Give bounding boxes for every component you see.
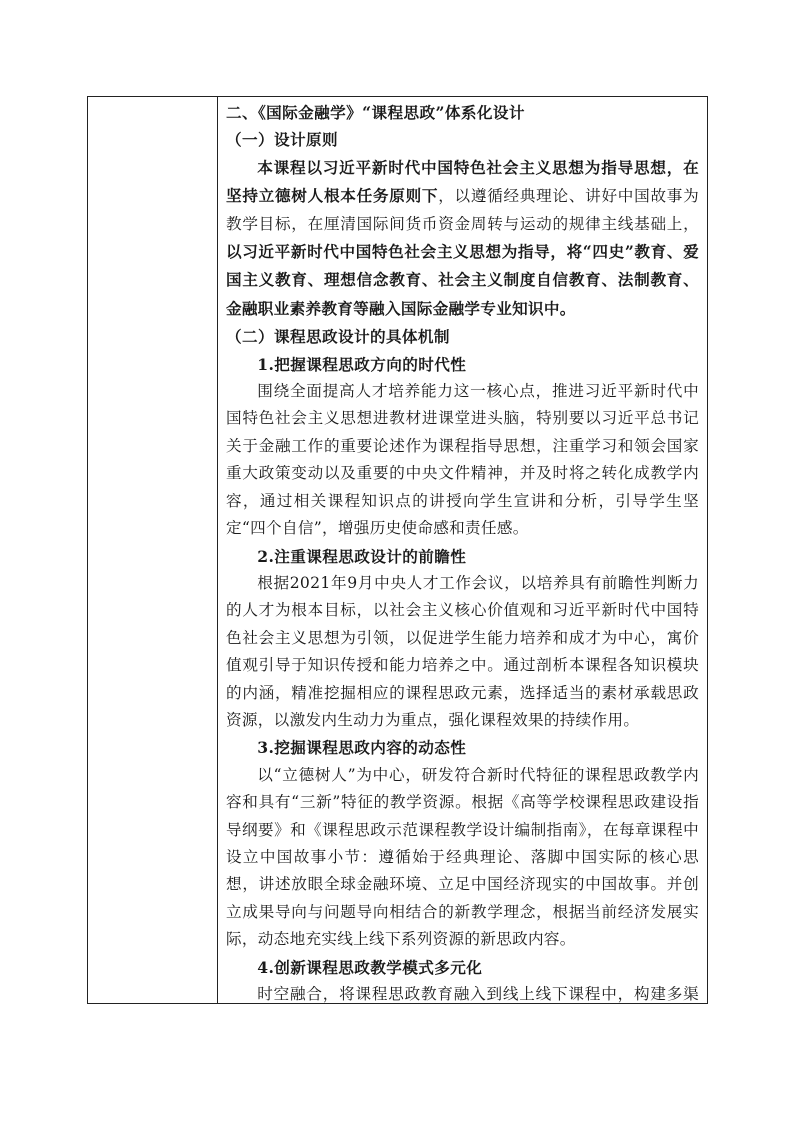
design-principle-paragraph: 本课程以习近平新时代中国特色社会主义思想为指导思想，在坚持立德树人根本任务原则下… [226, 154, 699, 323]
document-table: 二、《国际金融学》“课程思政”体系化设计 （一）设计原则 本课程以习近平新时代中… [87, 96, 708, 1004]
section-title: 二、《国际金融学》“课程思政”体系化设计 [226, 99, 699, 126]
item-4-body: 时空融合，将课程思政教育融入到线上线下课程中，构建多渠道立体教学模式与互动空间，… [226, 981, 699, 1003]
item-3-heading: 3.挖掘课程思政内容的动态性 [226, 734, 699, 761]
principle-bold-2: 以习近平新时代中国特色社会主义思想为指导，将“四史”教育、爱国主义教育、理想信念… [226, 242, 699, 318]
item-2-body: 根据2021年9月中央人才工作会议，以培养具有前瞻性判断力的人才为根本目标，以社… [226, 570, 699, 734]
item-2-heading: 2.注重课程思政设计的前瞻性 [226, 543, 699, 570]
item-1-heading: 1.把握课程思政方向的时代性 [226, 351, 699, 378]
subsection-2-title: （二）课程思政设计的具体机制 [226, 323, 699, 350]
item-3-body: 以“立德树人”为中心，研发符合新时代特征的课程思政教学内容和具有“三新”特征的教… [226, 762, 699, 954]
table-content-column: 二、《国际金融学》“课程思政”体系化设计 （一）设计原则 本课程以习近平新时代中… [218, 97, 707, 1003]
item-1-body: 围绕全面提高人才培养能力这一核心点，推进习近平新时代中国特色社会主义思想进教材进… [226, 378, 699, 542]
subsection-1-title: （一）设计原则 [226, 126, 699, 153]
table-left-column [88, 97, 218, 1003]
item-4-heading: 4.创新课程思政教学模式多元化 [226, 954, 699, 981]
